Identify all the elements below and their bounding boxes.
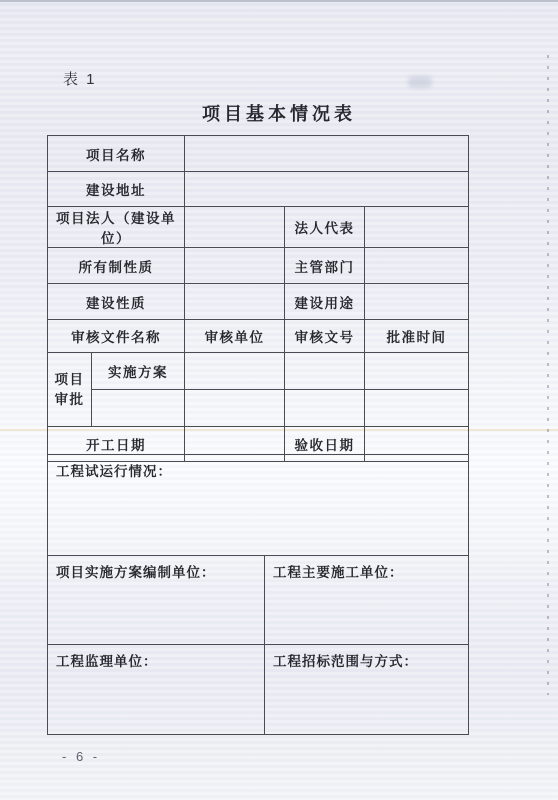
table-row: 项目审批 实施方案 [48,353,469,390]
implementation-plan-review-unit-value [185,353,285,390]
implementation-plan-label: 实施方案 [92,353,185,390]
bidding-scope-method-cell: 工程招标范围与方式： [265,645,469,735]
scan-edge-specks-artifact [547,55,549,695]
scan-top-edge-artifact [0,0,558,2]
table-row: 工程试运行情况： [48,455,469,556]
project-units-table: 工程试运行情况： 项目实施方案编制单位： 工程主要施工单位： 工程监理单位： 工… [47,454,469,735]
project-basic-info-table: 项目名称 建设地址 项目法人（建设单位） 法人代表 所有制性质 主管部门 建设性… [47,135,469,462]
page-number: - 6 - [62,749,100,764]
review-unit-header: 审核单位 [185,320,285,353]
approval-extra-review-unit-value [185,390,285,427]
supervision-unit-cell: 工程监理单位： [48,645,265,735]
project-name-value [185,136,469,172]
table-row: 建设性质 建设用途 [48,284,469,320]
approval-extra-doc-no-value [285,390,365,427]
trial-operation-cell: 工程试运行情况： [48,455,469,556]
ownership-nature-value [185,248,285,284]
table-row: 建设地址 [48,172,469,207]
ownership-nature-label: 所有制性质 [48,248,185,284]
scanned-page: 表 1 项目基本情况表 项目名称 建设地址 项目法人（建设单位） 法人代表 所有… [0,0,558,800]
construction-nature-value [185,284,285,320]
page-title: 项目基本情况表 [0,100,558,126]
table-row: 项目法人（建设单位） 法人代表 [48,207,469,248]
approval-extra-approval-time-value [365,390,469,427]
scan-smudge-artifact [408,76,432,88]
construction-address-label: 建设地址 [48,172,185,207]
main-construction-unit-cell: 工程主要施工单位： [265,556,469,645]
table-row [48,390,469,427]
table-header-row: 审核文件名称 审核单位 审核文号 批准时间 [48,320,469,353]
approval-extra-doc-name-value [92,390,185,427]
review-document-no-header: 审核文号 [285,320,365,353]
competent-department-label: 主管部门 [285,248,365,284]
implementation-plan-approval-time-value [365,353,469,390]
project-approval-label: 项目审批 [48,353,92,427]
table-row: 项目实施方案编制单位： 工程主要施工单位： [48,556,469,645]
review-document-name-header: 审核文件名称 [48,320,185,353]
project-name-label: 项目名称 [48,136,185,172]
table-row: 项目名称 [48,136,469,172]
project-legal-person-value [185,207,285,248]
construction-address-value [185,172,469,207]
legal-representative-value [365,207,469,248]
competent-department-value [365,248,469,284]
table-number-label: 表 1 [63,68,97,89]
construction-purpose-value [365,284,469,320]
approval-time-header: 批准时间 [365,320,469,353]
table-row: 所有制性质 主管部门 [48,248,469,284]
table-row: 工程监理单位： 工程招标范围与方式： [48,645,469,735]
implementation-plan-doc-no-value [285,353,365,390]
project-legal-person-label: 项目法人（建设单位） [48,207,185,248]
legal-representative-label: 法人代表 [285,207,365,248]
plan-compilation-unit-cell: 项目实施方案编制单位： [48,556,265,645]
construction-purpose-label: 建设用途 [285,284,365,320]
construction-nature-label: 建设性质 [48,284,185,320]
